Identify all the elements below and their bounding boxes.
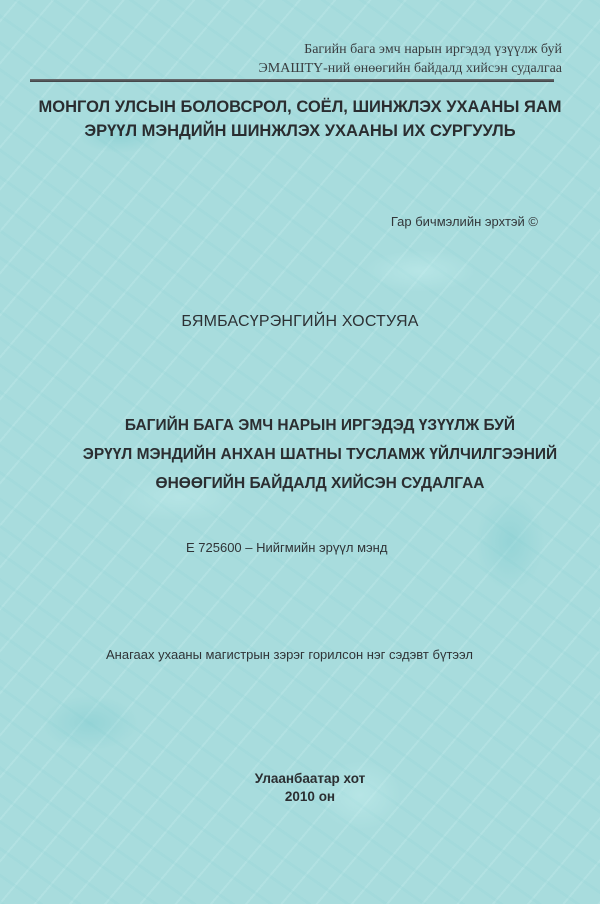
copyright-note: Гар бичмэлийн эрхтэй ©	[391, 214, 538, 229]
place-and-year: Улаанбаатар хот 2010 он	[0, 770, 600, 806]
running-head-line-2: ЭМАШТҮ-ний өнөөгийн байдалд хийсэн судал…	[259, 59, 562, 78]
institution-block: МОНГОЛ УЛСЫН БОЛОВСРОЛ, СОЁЛ, ШИНЖЛЭХ УХ…	[0, 95, 600, 143]
specialty-code: Е 725600 – Нийгмийн эрүүл мэнд	[186, 540, 387, 555]
university-name: ЭРҮҮЛ МЭНДИЙН ШИНЖЛЭХ УХААНЫ ИХ СУРГУУЛЬ	[0, 119, 600, 143]
place: Улаанбаатар хот	[0, 770, 600, 788]
degree-statement: Анагаах ухааны магистрын зэрэг горилсон …	[106, 647, 473, 662]
ministry-name: МОНГОЛ УЛСЫН БОЛОВСРОЛ, СОЁЛ, ШИНЖЛЭХ УХ…	[0, 95, 600, 119]
title-line-1: БАГИЙН БАГА ЭМЧ НАРЫН ИРГЭДЭД ҮЗҮҮЛЖ БУЙ	[0, 411, 600, 440]
title-line-3: ӨНӨӨГИЙН БАЙДАЛД ХИЙСЭН СУДАЛГАА	[0, 469, 600, 498]
header-rule	[30, 79, 554, 82]
running-head-line-1: Багийн бага эмч нарын иргэдэд үзүүлж буй	[259, 40, 562, 59]
title-line-2: ЭРҮҮЛ МЭНДИЙН АНХАН ШАТНЫ ТУСЛАМЖ ҮЙЛЧИЛ…	[0, 440, 600, 469]
author-name: БЯМБАСҮРЭНГИЙН ХОСТУЯА	[0, 313, 600, 331]
thesis-title: БАГИЙН БАГА ЭМЧ НАРЫН ИРГЭДЭД ҮЗҮҮЛЖ БУЙ…	[0, 411, 600, 498]
year: 2010 он	[0, 788, 600, 806]
running-head: Багийн бага эмч нарын иргэдэд үзүүлж буй…	[259, 40, 562, 78]
